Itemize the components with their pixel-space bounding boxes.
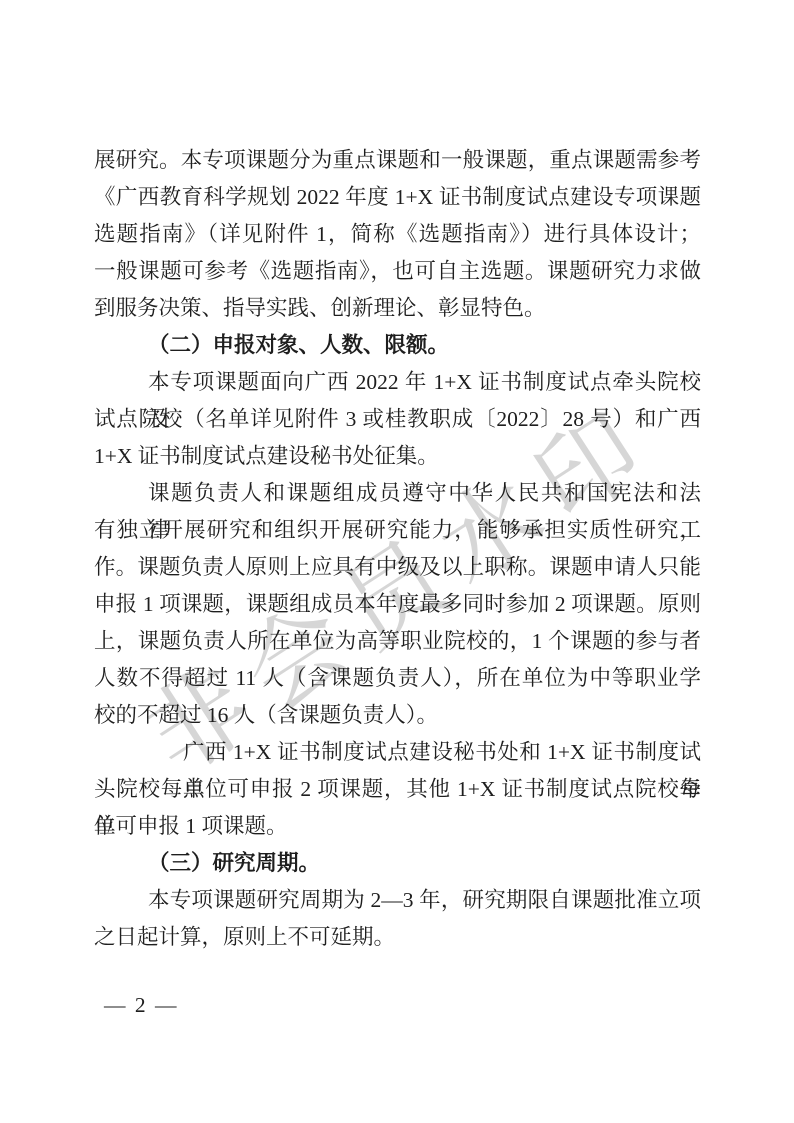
text-line: 位可申报 1 项课题。 [94, 808, 701, 845]
text-line: 广西 1+X 证书制度试点建设秘书处和 1+X 证书制度试点牵 [94, 734, 701, 771]
text-line: 之日起计算，原则上不可延期。 [94, 919, 701, 956]
text-line: 本专项课题面向广西 2022 年 1+X 证书制度试点牵头院校及 [94, 364, 701, 401]
section-heading: （二）申报对象、人数、限额。 [94, 327, 701, 364]
text-line: 试点院校（名单详见附件 3 或桂教职成〔2022〕28 号）和广西 [94, 401, 701, 438]
text-line: 1+X 证书制度试点建设秘书处征集。 [94, 438, 701, 475]
text-line: 头院校每单位可申报 2 项课题，其他 1+X 证书制度试点院校每单 [94, 771, 701, 808]
text-line: 课题负责人和课题组成员遵守中华人民共和国宪法和法律， [94, 475, 701, 512]
text-line: 校的不超过 16 人（含课题负责人）。 [94, 697, 701, 734]
text-line: 作。课题负责人原则上应具有中级及以上职称。课题申请人只能 [94, 549, 701, 586]
section-heading: （三）研究周期。 [94, 845, 701, 882]
text-line: 到服务决策、指导实践、创新理论、彰显特色。 [94, 290, 701, 327]
document-body: 展研究。本专项课题分为重点课题和一般课题，重点课题需参考 《广西教育科学规划 2… [94, 142, 701, 956]
text-line: 上，课题负责人所在单位为高等职业院校的，1 个课题的参与者 [94, 623, 701, 660]
text-line: 本专项课题研究周期为 2—3 年，研究期限自课题批准立项 [94, 882, 701, 919]
text-line: 展研究。本专项课题分为重点课题和一般课题，重点课题需参考 [94, 142, 701, 179]
page-number: — 2 — [104, 991, 179, 1019]
text-line: 一般课题可参考《选题指南》，也可自主选题。课题研究力求做 [94, 253, 701, 290]
text-line: 人数不得超过 11 人（含课题负责人），所在单位为中等职业学 [94, 660, 701, 697]
text-line: 选题指南》（详见附件 1，简称《选题指南》）进行具体设计； [94, 216, 701, 253]
text-line: 有独立开展研究和组织开展研究能力，能够承担实质性研究工 [94, 512, 701, 549]
text-line: 《广西教育科学规划 2022 年度 1+X 证书制度试点建设专项课题 [94, 179, 701, 216]
text-line: 申报 1 项课题，课题组成员本年度最多同时参加 2 项课题。原则 [94, 586, 701, 623]
document-page: 非会员水印 展研究。本专项课题分为重点课题和一般课题，重点课题需参考 《广西教育… [0, 0, 794, 1123]
